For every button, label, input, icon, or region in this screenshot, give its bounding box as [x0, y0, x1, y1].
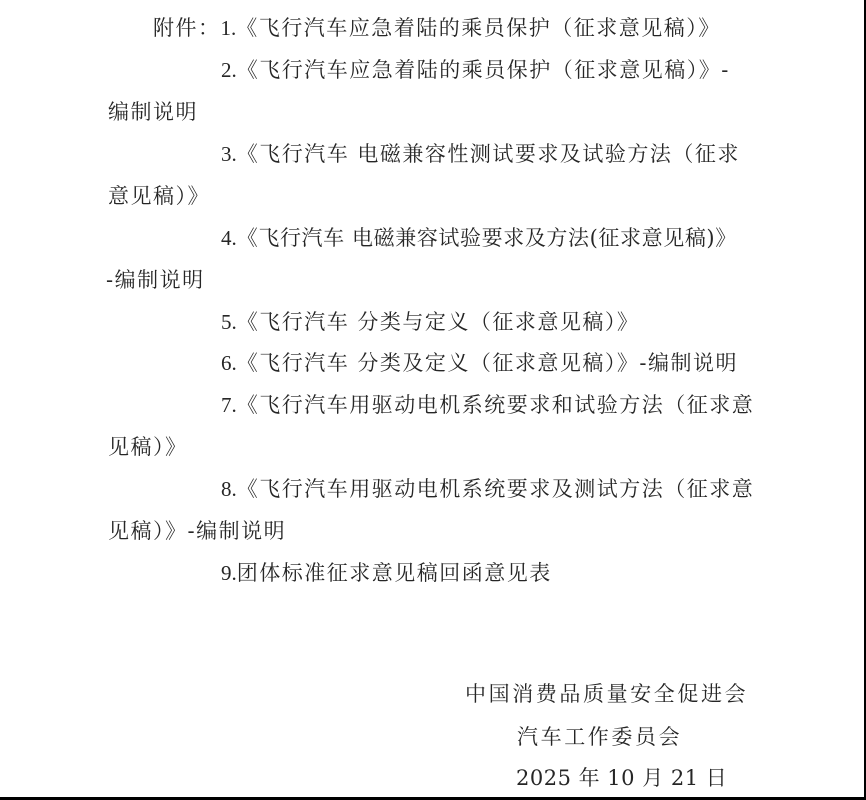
item-number: 2.: [221, 58, 237, 82]
document-page: 附件：1.《飞行汽车应急着陆的乘员保护（征求意见稿）》 2.《飞行汽车应急着陆的…: [0, 0, 866, 800]
attachment-item-8-continuation: 见稿）》-编制说明: [108, 518, 286, 544]
signature-date: 2025 年 10 月 21 日: [516, 765, 727, 791]
attachment-item-4: 4.《飞行汽车 电磁兼容试验要求及方法(征求意见稿)》: [221, 225, 737, 251]
attachment-item-3: 3.《飞行汽车 电磁兼容性测试要求及试验方法（征求: [221, 141, 740, 167]
attachment-item-1: 附件：1.《飞行汽车应急着陆的乘员保护（征求意见稿）》: [153, 15, 721, 41]
attachment-item-8: 8.《飞行汽车用驱动电机系统要求及测试方法（征求意: [221, 476, 754, 502]
item-title-continuation: 见稿）》-编制说明: [108, 519, 286, 543]
attachment-item-2-continuation: 编制说明: [108, 99, 198, 125]
item-title: 《飞行汽车用驱动电机系统要求及测试方法（征求意: [237, 477, 755, 501]
item-number: 3.: [221, 142, 237, 166]
attachment-item-3-continuation: 意见稿）》: [108, 183, 210, 209]
item-title: 《飞行汽车 分类及定义（征求意见稿）》-编制说明: [237, 351, 738, 375]
attachment-item-7-continuation: 见稿）》: [108, 434, 188, 460]
attachment-item-9: 9.团体标准征求意见稿回函意见表: [221, 560, 552, 586]
item-number: 5.: [221, 310, 237, 334]
item-number: 4.: [221, 226, 237, 250]
item-title: 《飞行汽车 电磁兼容性测试要求及试验方法（征求: [237, 142, 740, 166]
attachment-item-4-continuation: -编制说明: [106, 267, 205, 293]
item-number: 8.: [221, 477, 237, 501]
item-number: 6.: [221, 351, 237, 375]
item-number: 1.: [221, 16, 237, 40]
item-title-continuation: 编制说明: [108, 100, 198, 124]
attachment-item-7: 7.《飞行汽车用驱动电机系统要求和试验方法（征求意: [221, 392, 754, 418]
item-title: 团体标准征求意见稿回函意见表: [237, 561, 552, 585]
attachment-prefix: 附件：: [153, 16, 221, 40]
attachment-item-2: 2.《飞行汽车应急着陆的乘员保护（征求意见稿）》-: [221, 57, 730, 83]
item-title: 《飞行汽车应急着陆的乘员保护（征求意见稿）》: [236, 16, 721, 40]
item-title-continuation: 见稿）》: [108, 435, 188, 459]
signature-organization: 中国消费品质量安全促进会: [465, 681, 748, 707]
item-number: 7.: [221, 393, 237, 417]
signature-committee: 汽车工作委员会: [517, 724, 682, 750]
item-title-continuation: -编制说明: [106, 268, 205, 292]
item-title: 《飞行汽车用驱动电机系统要求和试验方法（征求意: [237, 393, 755, 417]
item-title: 《飞行汽车应急着陆的乘员保护（征求意见稿）》-: [237, 58, 730, 82]
attachment-item-6: 6.《飞行汽车 分类及定义（征求意见稿）》-编制说明: [221, 350, 738, 376]
item-number: 9.: [221, 561, 237, 585]
item-title: 《飞行汽车 分类与定义（征求意见稿）》: [237, 310, 640, 334]
item-title-continuation: 意见稿）》: [108, 184, 210, 208]
attachment-item-5: 5.《飞行汽车 分类与定义（征求意见稿）》: [221, 309, 639, 335]
item-title: 《飞行汽车 电磁兼容试验要求及方法(征求意见稿)》: [237, 226, 737, 250]
